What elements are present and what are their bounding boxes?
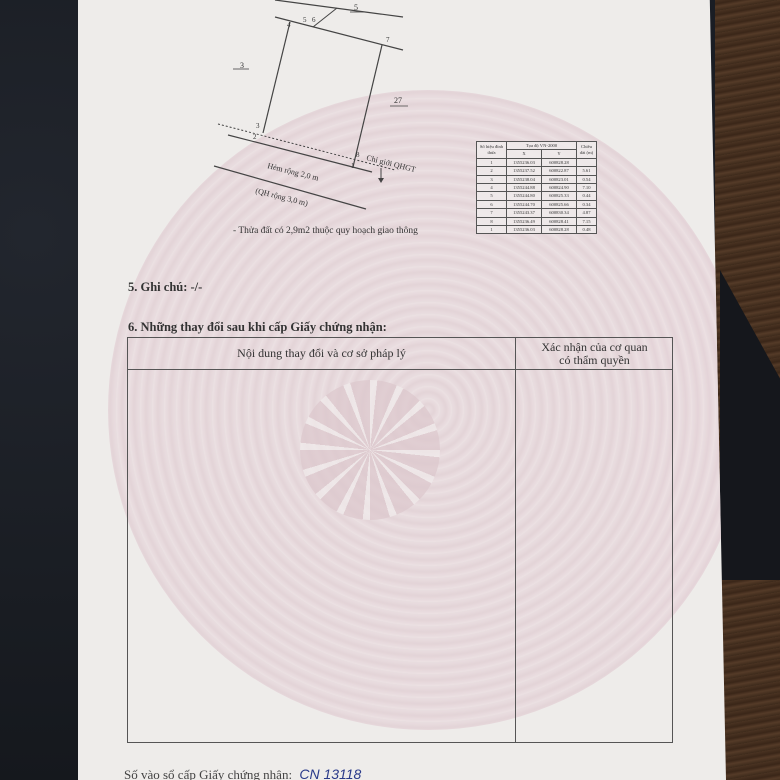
cell-point: 7 [477,209,507,217]
cell-y: 600828.28 [542,158,577,166]
adjacent-parcel-27: 27 [394,96,402,105]
cell-point: 8 [477,217,507,225]
cell-x: 1355238.04 [507,175,542,183]
coordinate-row: 11355236.03600828.28 [477,158,597,166]
coordinate-row: 21355237.52600822.875.61 [477,167,597,175]
changes-table: Nội dung thay đổi và cơ sở pháp lý Xác n… [127,337,673,743]
cell-x: 1355244.80 [507,192,542,200]
cell-y: 600823.01 [542,175,577,183]
coordinate-table: Số hiệu đỉnh thửa Tọa độ VN-2000 Chiều d… [476,141,597,234]
coordinate-row: 41355244.88600824.907.10 [477,184,597,192]
cell-length: 0.54 [577,175,597,183]
certificate-register-number: Số vào sổ cấp Giấy chứng nhận: CN 13118 [124,766,361,780]
cell-point: 6 [477,200,507,208]
cell-length: 7.15 [577,217,597,225]
point-label-5: 5 [303,16,307,24]
coordinate-row: 81355236.49600828.417.15 [477,217,597,225]
cell-point: 1 [477,226,507,234]
cell-y: 600825.66 [542,200,577,208]
cell-length [577,158,597,166]
point-label-4: 4 [287,21,291,29]
alley-label: Hẻm rộng 2,0 m [267,161,321,183]
point-label-1: 1 [351,162,355,170]
coordinate-row: 11355236.03600828.280.48 [477,226,597,234]
cell-point: 5 [477,192,507,200]
cell-y: 600825.33 [542,192,577,200]
cell-x: 1355236.49 [507,217,542,225]
cell-y: 600828.28 [542,226,577,234]
column-divider [515,338,516,742]
header-divider [128,369,672,370]
cell-y: 600822.87 [542,167,577,175]
boundary-label: Chỉ giới QHGT [366,153,417,174]
cell-point: 1 [477,158,507,166]
point-label-6: 6 [312,16,316,24]
adjacent-parcel-5: 5 [354,3,358,12]
cell-length: 4.87 [577,209,597,217]
cell-y: 600824.90 [542,184,577,192]
point-label-7: 7 [386,36,390,44]
header-point: Số hiệu đỉnh thửa [477,142,507,159]
cell-y: 600828.41 [542,217,577,225]
header-coord: Tọa độ VN-2000 [507,142,577,150]
register-label: Số vào sổ cấp Giấy chứng nhận: [124,767,292,780]
coordinate-row: 71355243.37600830.344.87 [477,209,597,217]
planned-road-label: (QH rộng 3,0 m) [255,186,310,208]
point-label-8: 8 [356,151,360,159]
cell-length: 0.34 [577,200,597,208]
header-x: X [507,150,542,158]
point-label-3: 3 [256,122,260,130]
coordinate-row: 61355244.70600825.660.34 [477,200,597,208]
coordinate-row: 51355244.80600825.330.44 [477,192,597,200]
section-5-notes: 5. Ghi chú: -/- [128,280,202,295]
cell-length: 0.48 [577,226,597,234]
register-value: CN 13118 [299,766,361,780]
traffic-planning-note: - Thửa đất có 2,9m2 thuộc quy hoạch giao… [233,226,418,236]
cell-x: 1355236.03 [507,158,542,166]
section-6-title: 6. Những thay đổi sau khi cấp Giấy chứng… [128,320,387,335]
changes-col-confirm-header: Xác nhận của cơ quancó thẩm quyền [516,338,673,369]
changes-col-content-header: Nội dung thay đổi và cơ sở pháp lý [128,338,515,369]
cell-length: 7.10 [577,184,597,192]
cell-x: 1355243.37 [507,209,542,217]
header-length: Chiều dài (m) [577,142,597,159]
coordinate-row: 31355238.04600823.010.54 [477,175,597,183]
cell-x: 1355244.88 [507,184,542,192]
cell-length: 0.44 [577,192,597,200]
header-y: Y [542,150,577,158]
cell-point: 2 [477,167,507,175]
parcel-sketch: 4 5 6 7 3 2 8 1 5 3 27 Chỉ giới QHGT Hẻm… [0,0,780,250]
point-label-2: 2 [253,133,257,141]
cell-y: 600830.34 [542,209,577,217]
cell-x: 1355236.03 [507,226,542,234]
cell-x: 1355244.70 [507,200,542,208]
cell-point: 4 [477,184,507,192]
cell-point: 3 [477,175,507,183]
cell-x: 1355237.52 [507,167,542,175]
cell-length: 5.61 [577,167,597,175]
